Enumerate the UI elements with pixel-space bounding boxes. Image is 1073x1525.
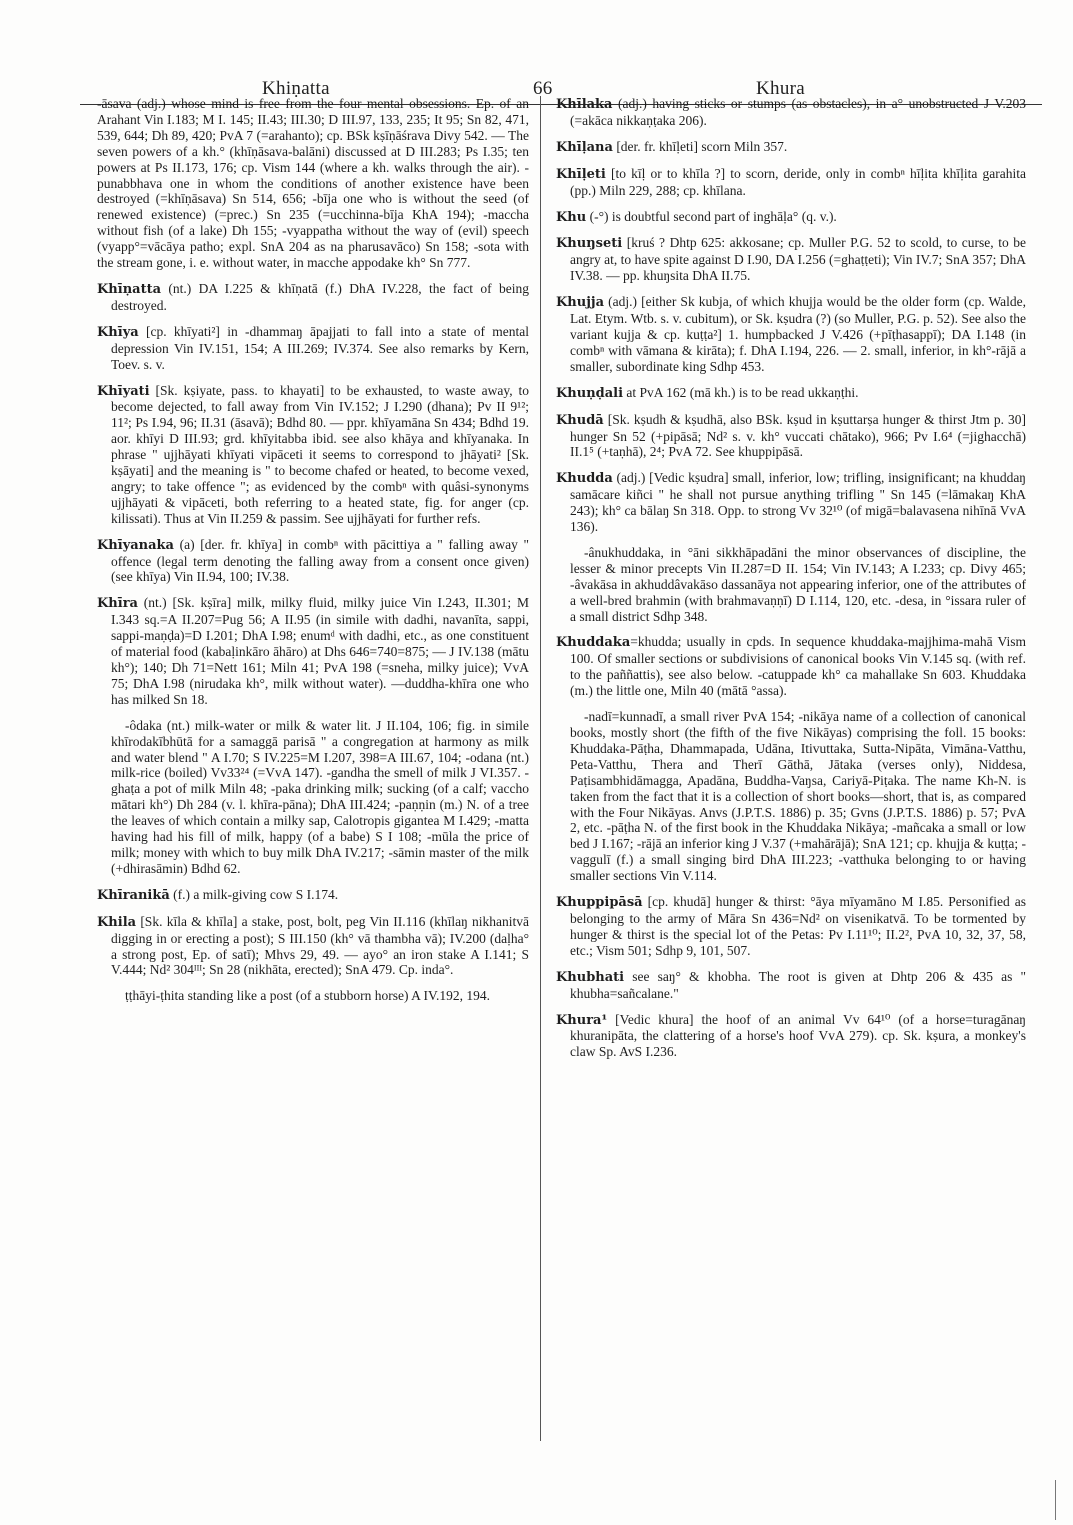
page-edge-mark	[1055, 1480, 1056, 1520]
entry-definition: [kruś ? Dhtp 625: akkosane; cp. Muller P…	[570, 235, 1026, 283]
entry-headword: Khu	[556, 210, 586, 225]
entry-headword: Khīya	[97, 325, 139, 340]
entry-headword: Khuŋseti	[556, 236, 622, 251]
entry-definition: (-°) is doubtful second part of inghāḷa°…	[586, 209, 837, 224]
entry-definition: [cp. khīyati²] in -dhammaŋ āpajjati to f…	[111, 324, 529, 372]
dictionary-entry: Khu (-°) is doubtful second part of ingh…	[556, 209, 1026, 226]
entry-definition: -ôdaka (nt.) milk-water or milk & water …	[111, 718, 529, 876]
entry-definition: [Sk. kṣiyate, pass. to khayati] to be ex…	[111, 383, 529, 526]
dictionary-entry: Khīḷeti [to kīḷ or to khīla ?] to scorn,…	[556, 166, 1026, 199]
entry-headword: Khura¹	[556, 1013, 607, 1028]
entry-definition: (adj.) [either Sk kubja, of which khujja…	[570, 294, 1026, 374]
entry-definition: [Vedic khura] the hoof of an animal Vv 6…	[570, 1012, 1026, 1060]
dictionary-entry: Khuṇḍali at PvA 162 (mā kh.) is to be re…	[556, 385, 1026, 402]
dictionary-entry: Khīṇatta (nt.) DA I.225 & khīṇatā (f.) D…	[97, 281, 529, 314]
entry-headword: Khujja	[556, 295, 604, 310]
column-divider	[540, 96, 541, 1441]
entry-definition: -nadī=kunnadī, a small river PvA 154; -n…	[570, 709, 1026, 883]
page-number: 66	[533, 78, 553, 100]
entry-definition: (adj.) [Vedic kṣudra] small, inferior, l…	[570, 470, 1026, 534]
entry-headword: Khudda	[556, 471, 613, 486]
left-column: -āsava (adj.) whose mind is free from th…	[97, 96, 529, 1014]
dictionary-subentry: -āsava (adj.) whose mind is free from th…	[97, 96, 529, 271]
entry-definition: [to kīḷ or to khīla ?] to scorn, deride,…	[570, 166, 1026, 198]
dictionary-subentry: -ânukhuddaka, in °āni sikkhāpadāni the m…	[556, 545, 1026, 625]
dictionary-entry: Khīranikā (f.) a milk-giving cow S I.174…	[97, 887, 529, 904]
dictionary-entry: Khila [Sk. kīla & khīla] a stake, post, …	[97, 914, 529, 979]
dictionary-entry: Khura¹ [Vedic khura] the hoof of an anim…	[556, 1012, 1026, 1061]
dictionary-entry: Khīḷana [der. fr. khīḷeti] scorn Miln 35…	[556, 139, 1026, 156]
entry-headword: Khīlaka	[556, 97, 612, 112]
entry-headword: Khuppipāsā	[556, 895, 643, 910]
entry-headword: Khīṇatta	[97, 282, 161, 297]
entry-definition: (a) [der. fr. khīya] in combⁿ with pācit…	[111, 537, 529, 585]
dictionary-subentry: ṭṭhāyi-ṭhita standing like a post (of a …	[97, 988, 529, 1004]
dictionary-entry: Khudda (adj.) [Vedic kṣudra] small, infe…	[556, 470, 1026, 535]
entry-definition: [Sk. kīla & khīla] a stake, post, bolt, …	[111, 914, 529, 978]
entry-headword: Khudā	[556, 413, 604, 428]
dictionary-entry: Khuddaka=khudda; usually in cpds. In seq…	[556, 634, 1026, 699]
dictionary-entry: Khubhati see saŋ° & khobha. The root is …	[556, 969, 1026, 1002]
entry-headword: Khīyanaka	[97, 538, 174, 553]
dictionary-entry: Khīra (nt.) [Sk. kṣīra] milk, milky flui…	[97, 595, 529, 707]
dictionary-entry: Khujja (adj.) [either Sk kubja, of which…	[556, 294, 1026, 375]
entry-definition: -āsava (adj.) whose mind is free from th…	[97, 96, 529, 270]
entry-definition: (nt.) DA I.225 & khīṇatā (f.) DhA IV.228…	[111, 281, 529, 313]
dictionary-entry: Khīya [cp. khīyati²] in -dhammaŋ āpajjat…	[97, 324, 529, 373]
dictionary-entry: Khīyati [Sk. kṣiyate, pass. to khayati] …	[97, 383, 529, 527]
entry-headword: Khīyati	[97, 384, 150, 399]
dictionary-subentry: -nadī=kunnadī, a small river PvA 154; -n…	[556, 709, 1026, 884]
entry-headword: Khuddaka	[556, 635, 630, 650]
entry-definition: (f.) a milk-giving cow S I.174.	[170, 887, 338, 902]
entry-definition: see saŋ° & khobha. The root is given at …	[570, 969, 1026, 1001]
entry-headword: Khila	[97, 915, 136, 930]
entry-definition: (adj.) having sticks or stumps (as obsta…	[570, 96, 1026, 128]
entry-headword: Khuṇḍali	[556, 386, 623, 401]
dictionary-entry: Khīyanaka (a) [der. fr. khīya] in combⁿ …	[97, 537, 529, 586]
dictionary-entry: Khuŋseti [kruś ? Dhtp 625: akkosane; cp.…	[556, 235, 1026, 284]
entry-definition: =khudda; usually in cpds. In sequence kh…	[570, 634, 1026, 698]
entry-definition: ṭṭhāyi-ṭhita standing like a post (of a …	[125, 988, 490, 1003]
entry-definition: [der. fr. khīḷeti] scorn Miln 357.	[613, 139, 787, 154]
entry-headword: Khīra	[97, 596, 138, 611]
dictionary-entry: Khuppipāsā [cp. khudā] hunger & thirst: …	[556, 894, 1026, 959]
entry-headword: Khubhati	[556, 970, 624, 985]
entry-definition: at PvA 162 (mā kh.) is to be read ukkaṇṭ…	[623, 385, 858, 400]
dictionary-subentry: -ôdaka (nt.) milk-water or milk & water …	[97, 718, 529, 877]
entry-headword: Khīḷana	[556, 140, 613, 155]
entry-definition: -ânukhuddaka, in °āni sikkhāpadāni the m…	[570, 545, 1026, 624]
entry-definition: [Sk. kṣudh & kṣudhā, also BSk. kṣud in k…	[570, 412, 1026, 460]
dictionary-entry: Khīlaka (adj.) having sticks or stumps (…	[556, 96, 1026, 129]
entry-definition: (nt.) [Sk. kṣīra] milk, milky fluid, mil…	[111, 595, 529, 706]
entry-headword: Khīranikā	[97, 888, 170, 903]
entry-headword: Khīḷeti	[556, 167, 606, 182]
right-column: Khīlaka (adj.) having sticks or stumps (…	[556, 96, 1026, 1070]
dictionary-page: Khiṇatta 66 Khura -āsava (adj.) whose mi…	[0, 0, 1073, 1525]
dictionary-entry: Khudā [Sk. kṣudh & kṣudhā, also BSk. kṣu…	[556, 412, 1026, 461]
